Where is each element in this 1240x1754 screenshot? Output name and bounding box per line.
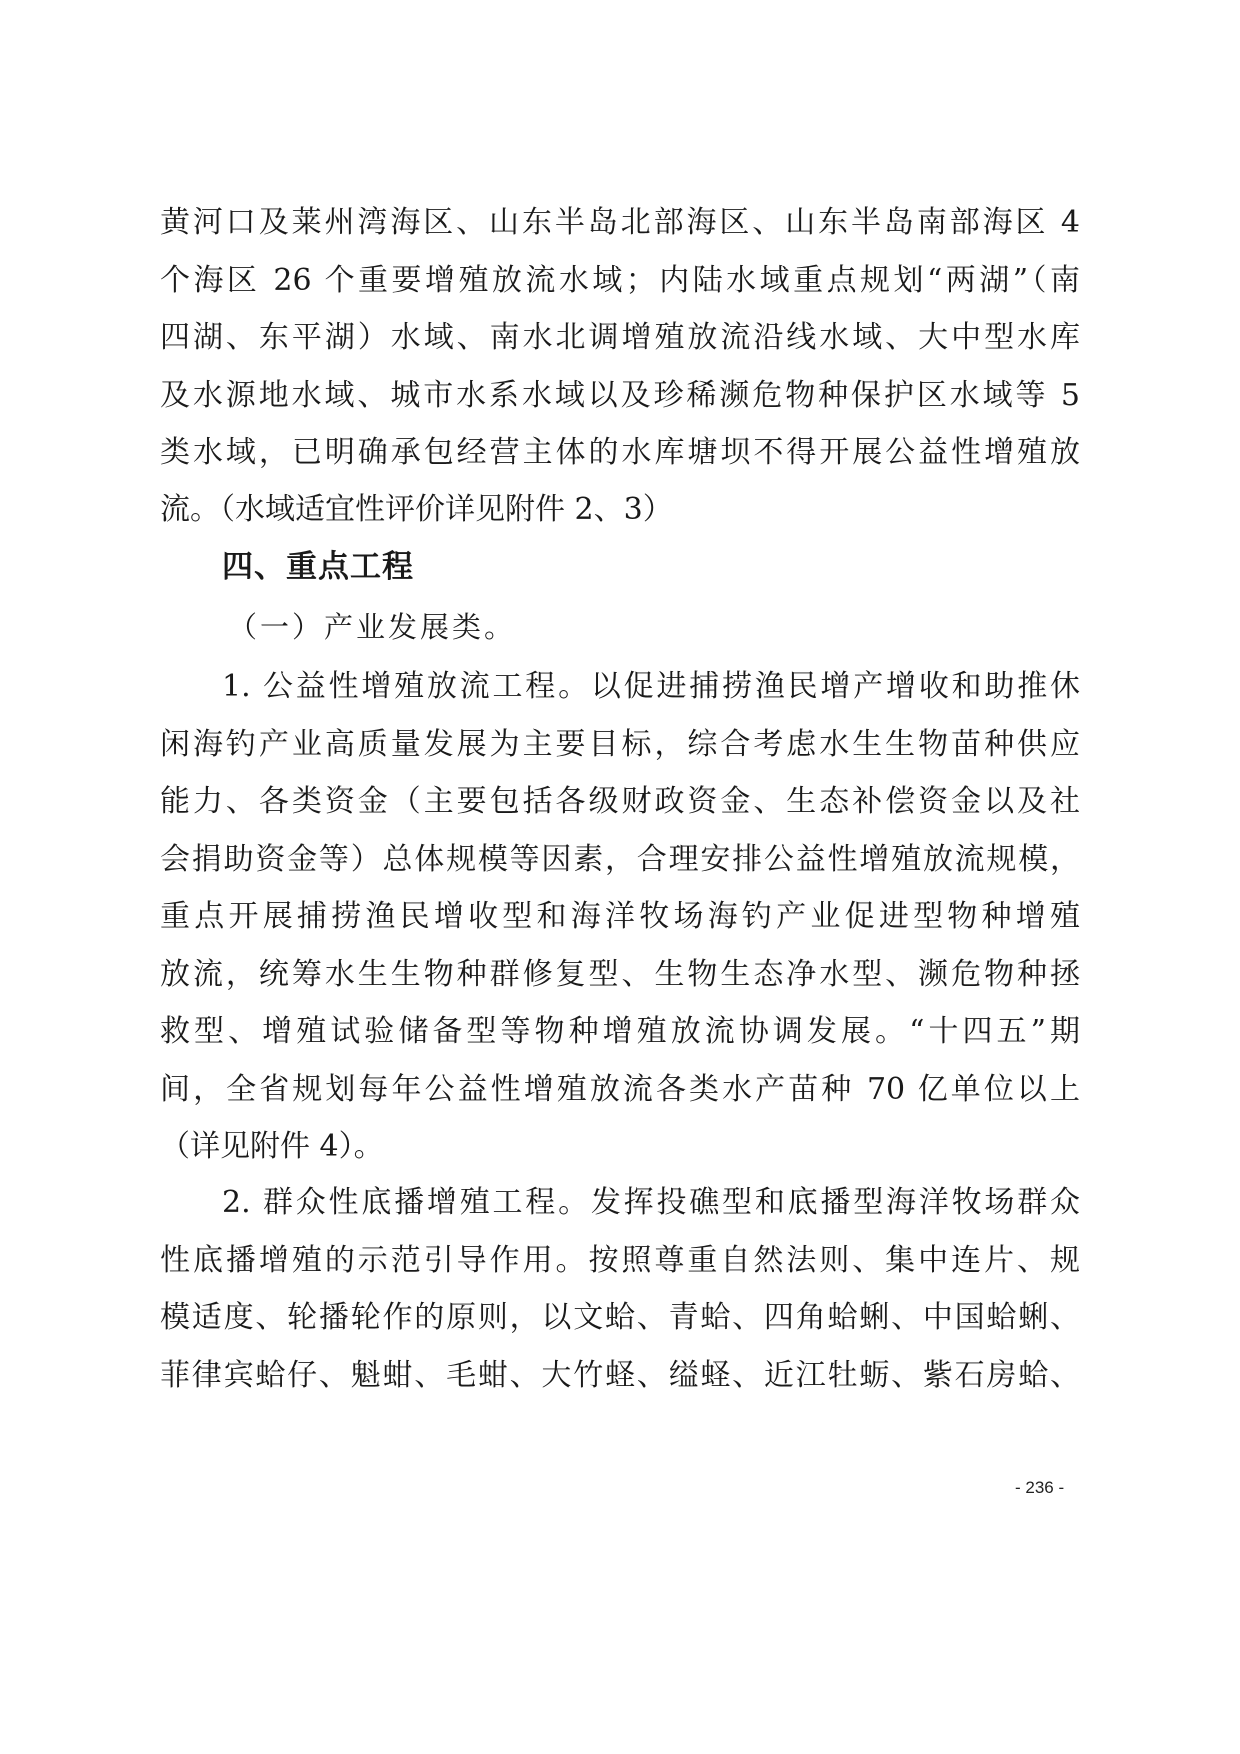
document-page: 黄河口及莱州湾海区、山东半岛北部海区、山东半岛南部海区 4 个海区 26 个重要… <box>0 0 1240 1754</box>
paragraph-line: 会捐助资金等）总体规模等因素，合理安排公益性增殖放流规模， <box>160 840 1080 880</box>
paragraph-line: 黄河口及莱州湾海区、山东半岛北部海区、山东半岛南部海区 4 <box>160 203 1080 243</box>
paragraph-line: 闲海钓产业高质量发展为主要目标，综合考虑水生生物苗种供应 <box>160 725 1080 765</box>
paragraph-line: 2. 群众性底播增殖工程。发挥投礁型和底播型海洋牧场群众 <box>222 1183 1080 1223</box>
paragraph-line: 1. 公益性增殖放流工程。以促进捕捞渔民增产增收和助推休 <box>222 667 1080 707</box>
paragraph-line: 类水域，已明确承包经营主体的水库塘坝不得开展公益性增殖放 <box>160 433 1080 473</box>
page-number: - 236 - <box>1015 1477 1064 1499</box>
paragraph-line: 四湖、东平湖）水域、南水北调增殖放流沿线水域、大中型水库 <box>160 318 1080 358</box>
paragraph-line: 模适度、轮播轮作的原则，以文蛤、青蛤、四角蛤蜊、中国蛤蜊、 <box>160 1298 1080 1338</box>
paragraph-line: 能力、各类资金（主要包括各级财政资金、生态补偿资金以及社 <box>160 782 1080 822</box>
paragraph-line: 个海区 26 个重要增殖放流水域；内陆水域重点规划“两湖”（南 <box>160 261 1080 301</box>
paragraph-line: 性底播增殖的示范引导作用。按照尊重自然法则、集中连片、规 <box>160 1241 1080 1281</box>
section-heading: 四、重点工程 <box>222 547 414 587</box>
subsection-heading: （一）产业发展类。 <box>228 607 516 647</box>
paragraph-line: 菲律宾蛤仔、魁蚶、毛蚶、大竹蛏、缢蛏、近江牡蛎、紫石房蛤、 <box>160 1356 1080 1396</box>
paragraph-line: 重点开展捕捞渔民增收型和海洋牧场海钓产业促进型物种增殖 <box>160 897 1080 937</box>
paragraph-line: 放流，统筹水生生物种群修复型、生物生态净水型、濒危物种拯 <box>160 955 1080 995</box>
paragraph-line: 流。（水域适宜性评价详见附件 2、3） <box>160 490 1080 530</box>
paragraph-line: （详见附件 4）。 <box>160 1127 1080 1167</box>
paragraph-line: 及水源地水域、城市水系水域以及珍稀濒危物种保护区水域等 5 <box>160 376 1080 416</box>
paragraph-line: 间，全省规划每年公益性增殖放流各类水产苗种 70 亿单位以上 <box>160 1070 1080 1110</box>
paragraph-line: 救型、增殖试验储备型等物种增殖放流协调发展。“十四五”期 <box>160 1012 1080 1052</box>
